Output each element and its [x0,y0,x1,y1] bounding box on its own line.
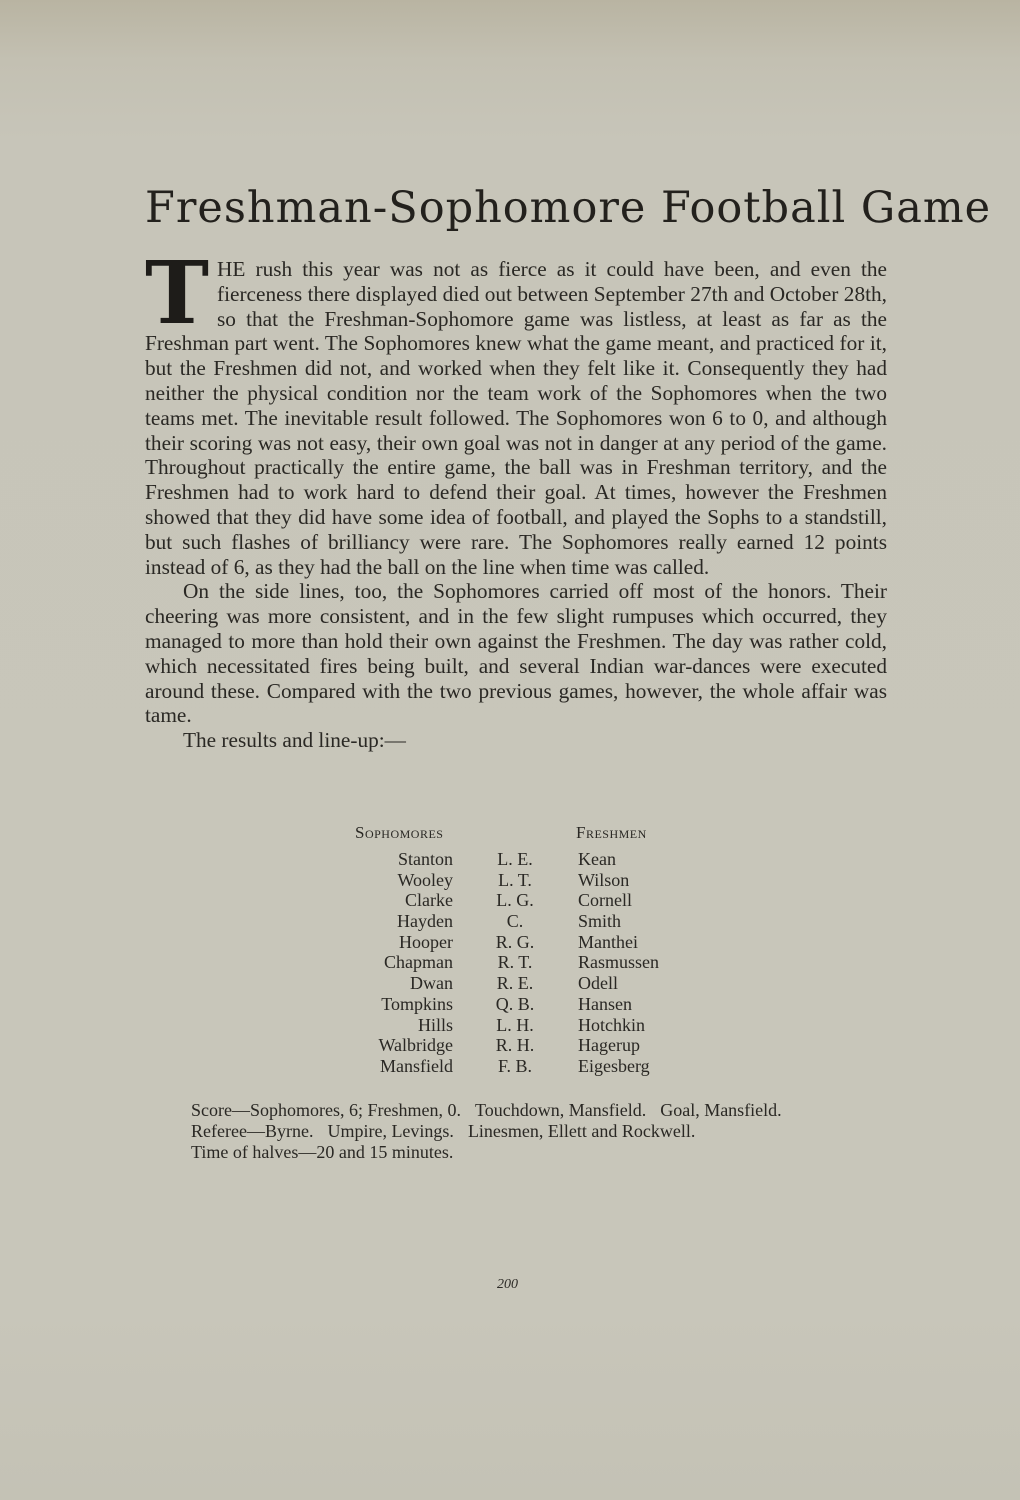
goal-text: Goal, Mansfield. [660,1100,781,1120]
freshman-player: Eigesberg [578,1056,650,1077]
position: L. H. [485,1015,545,1036]
position: L. E. [485,849,545,870]
position: R. T. [485,952,545,973]
paragraph-1-text: HE rush this year was not as fierce as i… [145,257,887,579]
sophomore-player: Hooper [399,932,453,953]
lineup-row: Chapman R. T. Rasmussen [340,952,740,973]
lineup-row: Hills L. H. Hotchkin [340,1015,740,1036]
sophomore-player: Chapman [384,952,453,973]
sophomore-player: Tompkins [381,994,453,1015]
sophomore-player: Dwan [410,973,453,994]
freshman-player: Hagerup [578,1035,640,1056]
article-body: THE rush this year was not as fierce as … [145,257,887,753]
page-number: 200 [497,1277,518,1293]
position: Q. B. [485,994,545,1015]
touchdown-text: Touchdown, Mansfield. [475,1100,646,1120]
referee-text: Referee—Byrne. [191,1121,313,1141]
freshman-player: Rasmussen [578,952,659,973]
sophomore-player: Stanton [398,849,453,870]
sophomore-player: Hills [418,1015,453,1036]
freshman-player: Odell [578,973,618,994]
lineup-row: Dwan R. E. Odell [340,973,740,994]
umpire-text: Umpire, Levings. [327,1121,453,1141]
drop-cap: T [145,261,209,327]
freshman-player: Wilson [578,870,629,891]
lineup-row: Clarke L. G. Cornell [340,890,740,911]
lineup-row: Wooley L. T. Wilson [340,870,740,891]
lineup-row: Tompkins Q. B. Hansen [340,994,740,1015]
summary-line-officials: Referee—Byrne.Umpire, Levings.Linesmen, … [191,1121,851,1142]
sophomores-header: Sophomores [355,823,443,843]
position: R. E. [485,973,545,994]
article-title: Freshman-Sophomore Football Game [145,178,887,238]
lineup-header-row: Sophomores Freshmen [340,823,740,849]
summary-line-time: Time of halves—20 and 15 minutes. [191,1142,851,1163]
freshman-player: Smith [578,911,621,932]
paragraph-2: On the side lines, too, the Sophomores c… [145,579,887,728]
sophomore-player: Walbridge [378,1035,453,1056]
freshman-player: Hotchkin [578,1015,645,1036]
lineup-table: Sophomores Freshmen Stanton L. E. Kean W… [340,823,740,1077]
position: R. G. [485,932,545,953]
linesmen-text: Linesmen, Ellett and Rockwell. [468,1121,695,1141]
lineup-row: Hayden C. Smith [340,911,740,932]
freshman-player: Kean [578,849,616,870]
lineup-row: Hooper R. G. Manthei [340,932,740,953]
position: L. T. [485,870,545,891]
freshmen-header: Freshmen [576,823,647,843]
position: F. B. [485,1056,545,1077]
game-summary: Score—Sophomores, 6; Freshmen, 0.Touchdo… [191,1100,851,1163]
position: C. [485,911,545,932]
sophomore-player: Clarke [405,890,453,911]
freshman-player: Manthei [578,932,638,953]
sophomore-player: Wooley [397,870,453,891]
position: L. G. [485,890,545,911]
score-text: Score—Sophomores, 6; Freshmen, 0. [191,1100,461,1120]
sophomore-player: Mansfield [380,1056,453,1077]
paragraph-1: THE rush this year was not as fierce as … [145,257,887,579]
summary-line-score: Score—Sophomores, 6; Freshmen, 0.Touchdo… [191,1100,851,1121]
position: R. H. [485,1035,545,1056]
time-of-halves-text: Time of halves—20 and 15 minutes. [191,1142,453,1162]
lineup-row: Stanton L. E. Kean [340,849,740,870]
sophomore-player: Hayden [397,911,453,932]
lineup-row: Mansfield F. B. Eigesberg [340,1056,740,1077]
lineup-row: Walbridge R. H. Hagerup [340,1035,740,1056]
freshman-player: Cornell [578,890,632,911]
lineup-intro: The results and line-up:— [145,728,887,753]
freshman-player: Hansen [578,994,632,1015]
